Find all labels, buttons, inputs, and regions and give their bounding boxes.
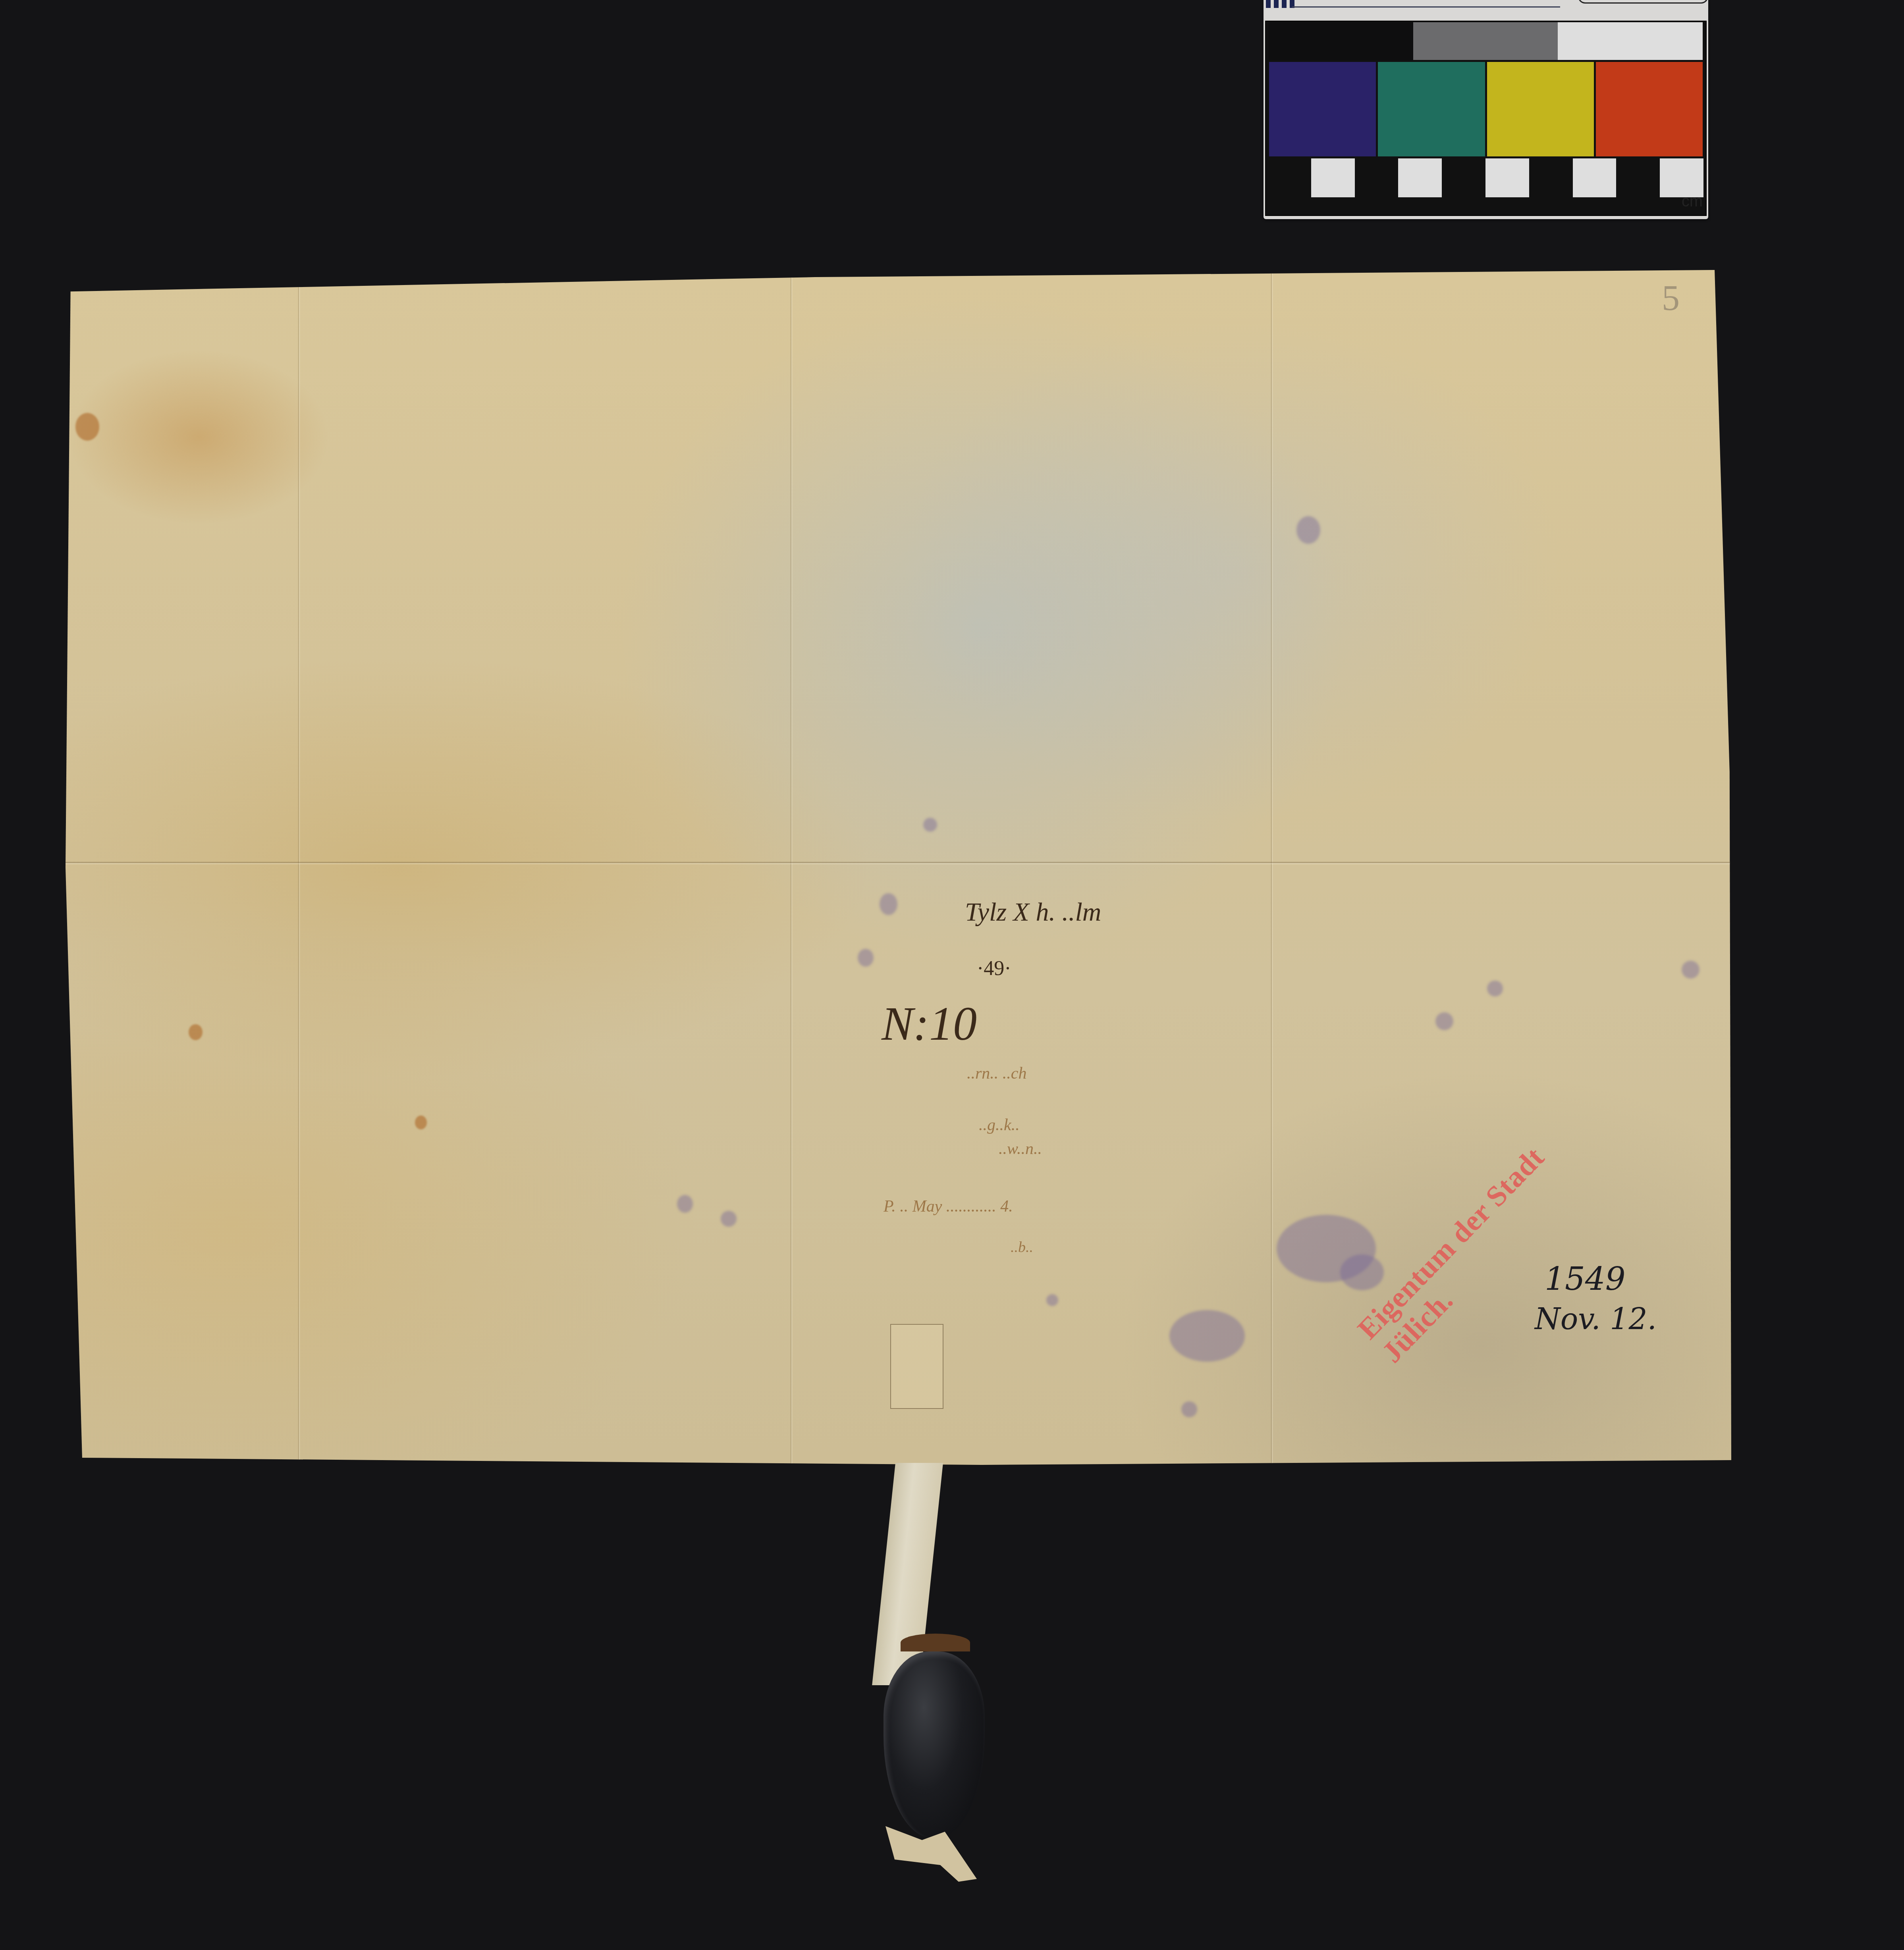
grey-patch-white	[1558, 22, 1703, 60]
color-chart-frame: cm	[1265, 21, 1707, 216]
color-checker-card: cm	[1264, 0, 1708, 219]
color-patch-yellow	[1487, 62, 1594, 156]
cm-unit-label: cm	[1682, 193, 1703, 210]
grey-patch-mid	[1413, 22, 1558, 60]
fold-line-vertical	[1271, 270, 1273, 1465]
grey-scale-row	[1268, 22, 1703, 60]
fold-line-vertical	[298, 270, 300, 1465]
dorsal-note-number: N:10	[882, 996, 977, 1051]
faded-note-line: ..g..k..	[979, 1116, 1020, 1135]
wax-seal	[884, 1651, 985, 1838]
faded-note-line: P. .. May ............ 4.	[884, 1197, 1013, 1216]
date-year: 1549	[1545, 1260, 1626, 1297]
seal-rim	[901, 1634, 970, 1651]
faded-note-line: ..w..n..	[999, 1139, 1042, 1158]
grey-patch-black	[1268, 22, 1413, 60]
color-patch-red	[1596, 62, 1703, 156]
dorsal-note-line1: Tylz X h. ..lm	[965, 897, 1101, 927]
card-logo-box	[1578, 0, 1708, 4]
color-patch-blue	[1269, 62, 1376, 156]
color-patch-teal	[1378, 62, 1485, 156]
cm-ruler	[1267, 158, 1703, 197]
corner-pencil-number: 5	[1662, 278, 1680, 319]
seal-tag-slot	[890, 1324, 943, 1409]
date-day: Nov. 12.	[1535, 1302, 1657, 1336]
parchment-document: 5 Tylz X h. ..lm ·49· N:10 ..rn.. ..ch .…	[66, 270, 1731, 1465]
faded-note-line: ..b..	[1011, 1239, 1033, 1256]
color-patch-row	[1269, 62, 1703, 156]
fold-line-horizontal	[66, 861, 1731, 865]
faded-note-line: ..rn.. ..ch	[967, 1064, 1027, 1083]
card-rule-line	[1292, 6, 1560, 8]
dorsal-note-line2: ·49·	[977, 957, 1011, 980]
fold-line-vertical	[790, 270, 793, 1465]
registration-marks	[1266, 0, 1294, 8]
